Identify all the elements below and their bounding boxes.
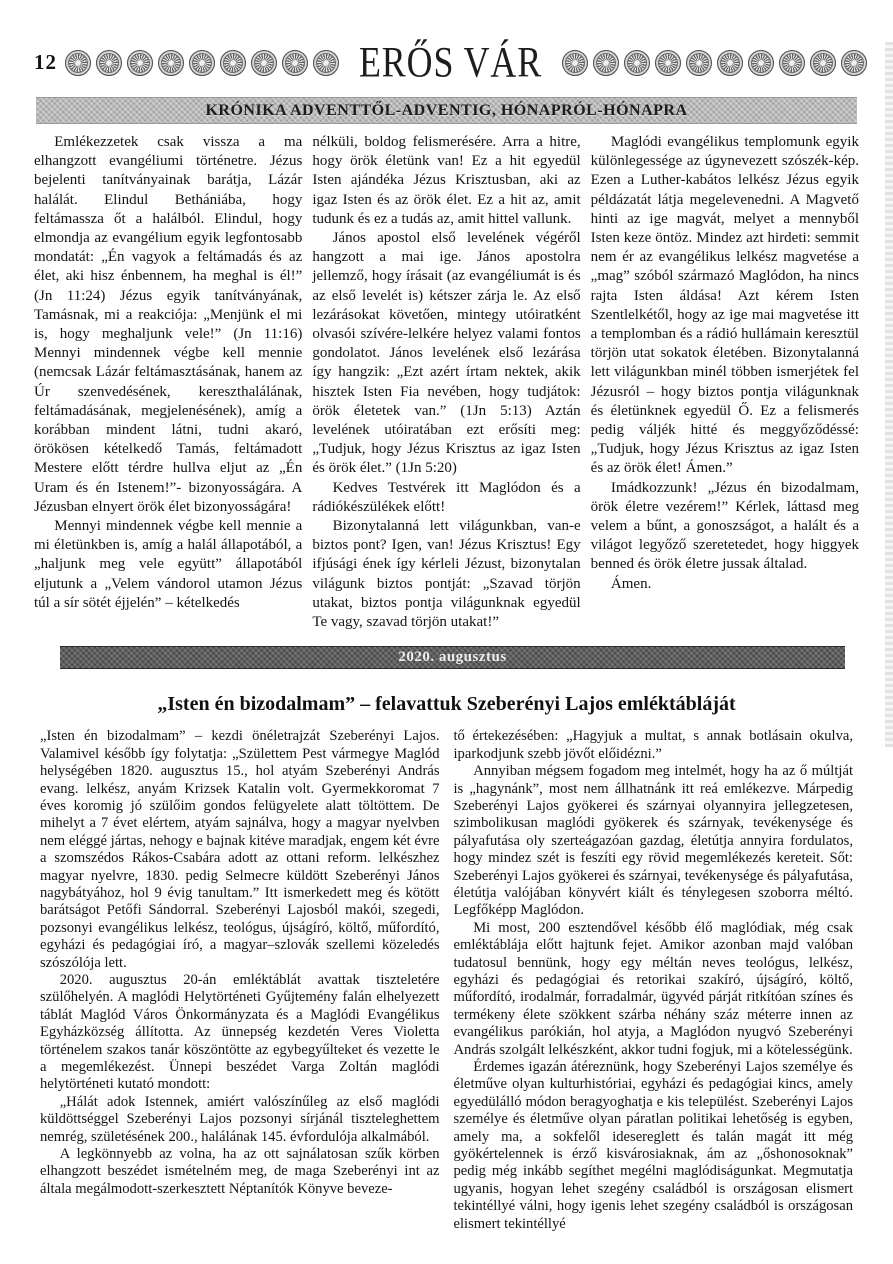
paragraph: 2020. augusztus 20-án emléktáblát avatta… [40,972,440,1094]
paragraph: Mennyi mindennek végbe kell mennie a mi … [34,517,302,613]
masthead-title: ERŐS VÁR [355,37,546,87]
chronicle-banner: KRÓNIKA ADVENTTŐL-ADVENTIG, HÓNAPRÓL-HÓN… [36,97,857,124]
rosette-icon [717,50,743,76]
rosette-icon [624,50,650,76]
paragraph: Emlékezzetek csak vissza a ma elhangzott… [34,133,302,517]
paragraph: „Isten én bizodalmam” – kezdi önéletrajz… [40,728,440,972]
paragraph: „Hálát adok Istennek, amiért valószínűle… [40,1094,440,1146]
rosette-icon [779,50,805,76]
rosette-icon [158,50,184,76]
paragraph: Érdemes igazán átéreznünk, hogy Szeberén… [454,1059,854,1233]
rosette-icon [65,50,91,76]
rosette-icon [593,50,619,76]
rosette-icon [96,50,122,76]
paragraph: Imádkozzunk! „Jézus én bizodalmam, örök … [591,479,859,575]
article-column-1: „Isten én bizodalmam” – kezdi önéletrajz… [40,728,440,1233]
paragraph: Ámen. [591,575,859,594]
paragraph: A legkönnyebb az volna, ha az ott sajnál… [40,1146,440,1198]
paragraph: János apostol első levelének végéről han… [312,229,580,479]
rosette-icon [655,50,681,76]
scan-edge-artifact [885,42,893,747]
rosette-icon [810,50,836,76]
rosette-icon [562,50,588,76]
page-number: 12 [34,50,57,75]
rosette-icon [282,50,308,76]
rosette-icon [220,50,246,76]
sermon-column-2: nélküli, boldog felismerésére. Arra a hi… [312,133,580,632]
paragraph: Annyiban mégsem fogadom meg intelmét, ho… [454,763,854,920]
newspaper-page: 12 ERŐS VÁR KRÓNIKA ADVENTTŐL-ADVENTI [0,0,893,1264]
rosette-ornament-left [65,50,339,76]
paragraph: Bizonytalanná lett világunkban, van-e bi… [312,517,580,632]
date-banner: 2020. augusztus [60,646,845,669]
rosette-icon [127,50,153,76]
rosette-icon [686,50,712,76]
sermon-column-3: Maglódi evangélikus templomunk egyik kül… [591,133,859,632]
paragraph: tő értekezésében: „Hagyjuk a multat, s a… [454,728,854,763]
rosette-icon [748,50,774,76]
rosette-icon [313,50,339,76]
rosette-icon [189,50,215,76]
paragraph: Mi most, 200 esztendővel később élő magl… [454,920,854,1059]
rosette-ornament-right [562,50,867,76]
paragraph: Maglódi evangélikus templomunk egyik kül… [591,133,859,479]
article-column-2: tő értekezésében: „Hagyjuk a multat, s a… [454,728,854,1233]
article-section: „Isten én bizodalmam” – kezdi önéletrajz… [40,728,853,1233]
sermon-column-1: Emlékezzetek csak vissza a ma elhangzott… [34,133,302,632]
paragraph: nélküli, boldog felismerésére. Arra a hi… [312,133,580,229]
rosette-icon [251,50,277,76]
sermon-section: Emlékezzetek csak vissza a ma elhangzott… [34,133,859,632]
page-header: 12 ERŐS VÁR [0,0,893,85]
paragraph: Kedves Testvérek itt Maglódon és a rádió… [312,479,580,517]
rosette-icon [841,50,867,76]
article-title: „Isten én bizodalmam” – felavattuk Szebe… [40,693,853,716]
